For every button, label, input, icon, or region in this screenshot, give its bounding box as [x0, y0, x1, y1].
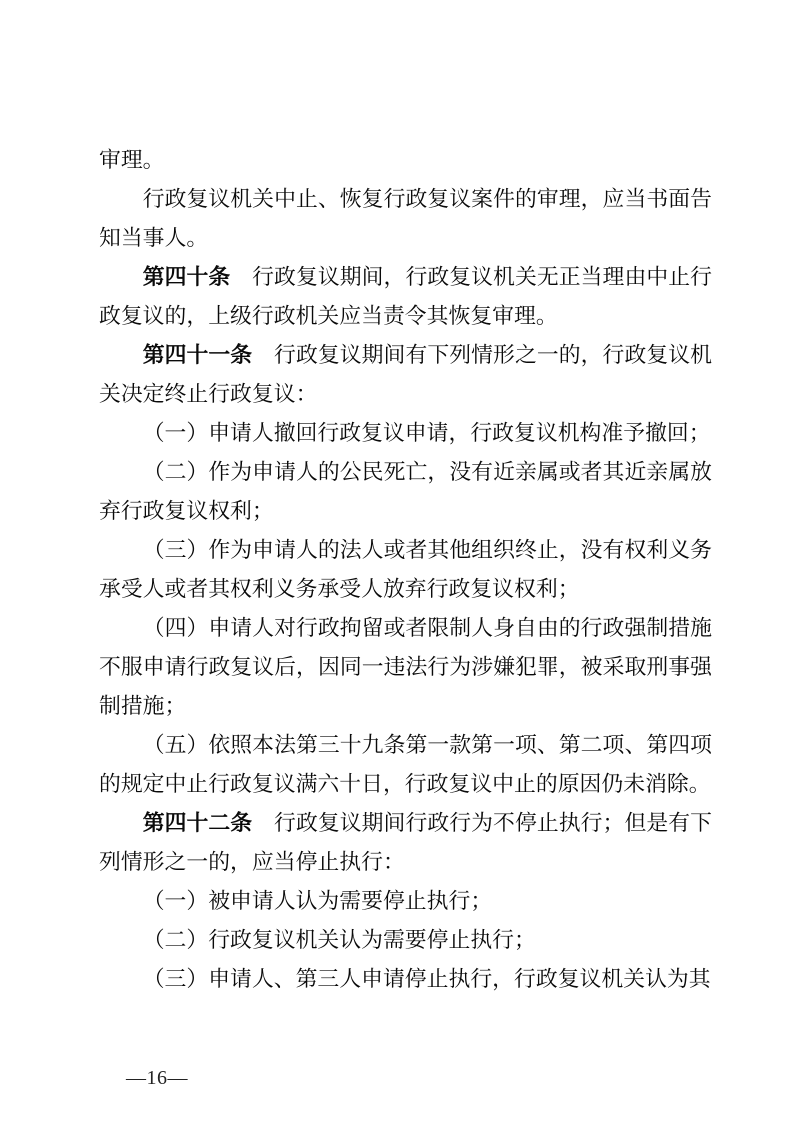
- article-number-label: 第四十条: [143, 265, 231, 289]
- paragraph-article-42: 第四十二条行政复议期间行政行为不停止执行；但是有下列情形之一的，应当停止执行：: [99, 804, 712, 882]
- clause-item: （一）被申请人认为需要停止执行；: [99, 882, 712, 921]
- paragraph-text: （二）作为申请人的公民死亡，没有近亲属或者其近亲属放弃行政复议权利；: [99, 460, 712, 523]
- clause-item: （一）申请人撤回行政复议申请，行政复议机构准予撤回；: [99, 414, 712, 453]
- paragraph-article-41: 第四十一条行政复议期间有下列情形之一的，行政复议机关决定终止行政复议：: [99, 336, 712, 414]
- paragraph-text: （四）申请人对行政拘留或者限制人身自由的行政强制措施不服申请行政复议后，因同一违…: [99, 616, 712, 718]
- article-number-label: 第四十二条: [143, 811, 253, 835]
- paragraph: 行政复议机关中止、恢复行政复议案件的审理，应当书面告知当事人。: [99, 180, 712, 258]
- page-number: —16—: [126, 1066, 188, 1090]
- clause-item: （四）申请人对行政拘留或者限制人身自由的行政强制措施不服申请行政复议后，因同一违…: [99, 609, 712, 726]
- article-number-label: 第四十一条: [143, 343, 253, 367]
- clause-item: （五）依照本法第三十九条第一款第一项、第二项、第四项的规定中止行政复议满六十日，…: [99, 726, 712, 804]
- clause-item: （三）申请人、第三人申请停止执行，行政复议机关认为其: [99, 960, 712, 999]
- paragraph-text: （二）行政复议机关认为需要停止执行；: [143, 928, 536, 952]
- paragraph-article-40: 第四十条行政复议期间，行政复议机关无正当理由中止行政复议的，上级行政机关应当责令…: [99, 258, 712, 336]
- document-body: 审理。 行政复议机关中止、恢复行政复议案件的审理，应当书面告知当事人。 第四十条…: [99, 141, 712, 999]
- paragraph-text: （一）申请人撤回行政复议申请，行政复议机构准予撤回；: [143, 421, 711, 445]
- paragraph-text: 审理。: [99, 148, 165, 172]
- paragraph-text: （一）被申请人认为需要停止执行；: [143, 889, 493, 913]
- paragraph-text: （三）作为申请人的法人或者其他组织终止，没有权利义务承受人或者其权利义务承受人放…: [99, 538, 712, 601]
- clause-item: （二）作为申请人的公民死亡，没有近亲属或者其近亲属放弃行政复议权利；: [99, 453, 712, 531]
- document-page: 审理。 行政复议机关中止、恢复行政复议案件的审理，应当书面告知当事人。 第四十条…: [0, 0, 793, 1122]
- paragraph: 审理。: [99, 141, 712, 180]
- paragraph-text: （三）申请人、第三人申请停止执行，行政复议机关认为其: [143, 967, 711, 991]
- clause-item: （二）行政复议机关认为需要停止执行；: [99, 921, 712, 960]
- paragraph-text: 行政复议机关中止、恢复行政复议案件的审理，应当书面告知当事人。: [99, 187, 712, 250]
- clause-item: （三）作为申请人的法人或者其他组织终止，没有权利义务承受人或者其权利义务承受人放…: [99, 531, 712, 609]
- paragraph-text: （五）依照本法第三十九条第一款第一项、第二项、第四项的规定中止行政复议满六十日，…: [99, 733, 712, 796]
